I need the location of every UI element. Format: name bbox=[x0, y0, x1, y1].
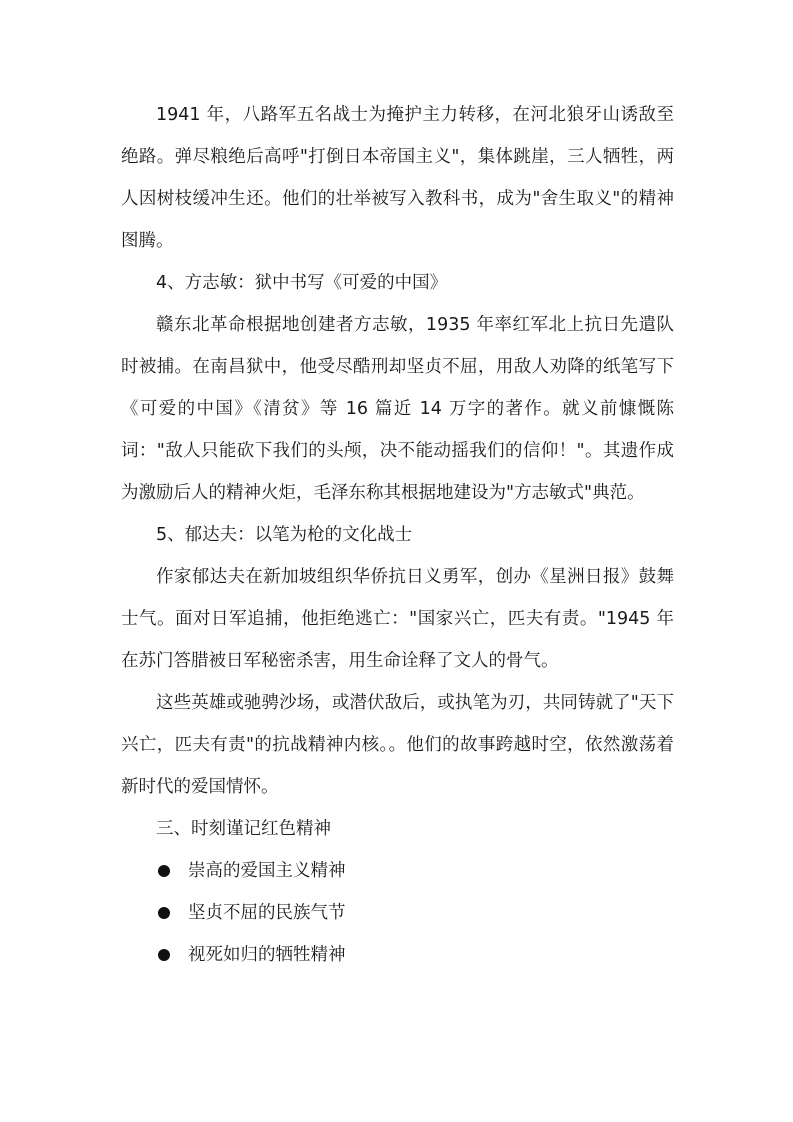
list-item: 崇高的爱国主义精神 bbox=[121, 850, 674, 892]
bullet-dot-icon bbox=[158, 907, 170, 919]
paragraph-yu-dafu: 作家郁达夫在新加坡组织华侨抗日义勇军，创办《星洲日报》鼓舞士气。面对日军追捕，他… bbox=[121, 556, 674, 682]
bullet-dot-icon bbox=[158, 865, 170, 877]
list-item: 视死如归的牺牲精神 bbox=[121, 934, 674, 976]
list-item-label: 坚贞不屈的民族气节 bbox=[188, 892, 346, 934]
list-item-label: 崇高的爱国主义精神 bbox=[188, 850, 346, 892]
section-heading-fang-zhimin: 4、方志敏：狱中书写《可爱的中国》 bbox=[121, 262, 674, 304]
paragraph-summary: 这些英雄或驰骋沙场，或潜伏敌后，或执笔为刃，共同铸就了"天下兴亡，匹夫有责"的抗… bbox=[121, 682, 674, 808]
section-heading-red-spirit: 三、时刻谨记红色精神 bbox=[121, 808, 674, 850]
document-page: 1941 年，八路军五名战士为掩护主力转移，在河北狼牙山诱敌至绝路。弹尽粮绝后高… bbox=[121, 94, 674, 976]
bullet-dot-icon bbox=[158, 949, 170, 961]
paragraph-fang-zhimin: 赣东北革命根据地创建者方志敏，1935 年率红军北上抗日先遣队时被捕。在南昌狱中… bbox=[121, 304, 674, 514]
bullet-list: 崇高的爱国主义精神 坚贞不屈的民族气节 视死如归的牺牲精神 bbox=[121, 850, 674, 976]
list-item: 坚贞不屈的民族气节 bbox=[121, 892, 674, 934]
paragraph-langyashan: 1941 年，八路军五名战士为掩护主力转移，在河北狼牙山诱敌至绝路。弹尽粮绝后高… bbox=[121, 94, 674, 262]
list-item-label: 视死如归的牺牲精神 bbox=[188, 934, 346, 976]
section-heading-yu-dafu: 5、郁达夫：以笔为枪的文化战士 bbox=[121, 514, 674, 556]
